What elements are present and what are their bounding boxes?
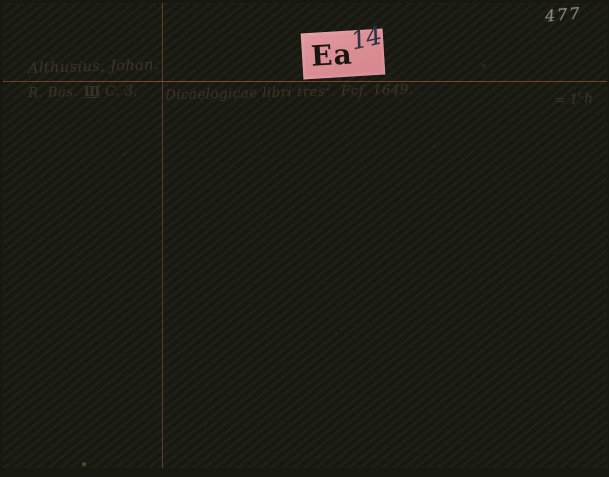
author-heading: Althusius, Johan.: [28, 57, 159, 77]
ruled-line-horizontal: [3, 81, 607, 82]
catalog-card-scan: 477 Ea 14 Althusius, Johan. R. Bas. III …: [3, 3, 607, 468]
price-equals: = 1: [554, 91, 579, 108]
title-entry: Dicaelogicae libri tres2. Fcf. 1649.: [165, 81, 414, 103]
shelfmark: R. Bas. III C. 3,: [28, 83, 138, 101]
shelfmark-roman-numeral: III: [83, 84, 101, 100]
pencil-page-number: 477: [544, 3, 582, 25]
shelfmark-prefix: R. Bas.: [28, 84, 78, 101]
title-imprint: . Fcf. 1649.: [331, 82, 413, 100]
price-annotation: = 1t.h: [554, 90, 594, 109]
title-text: Dicaelogicae libri tres: [165, 84, 326, 104]
label-handwritten-number: 14: [348, 21, 383, 56]
price-unit: h: [584, 90, 594, 106]
label-letter-code: Ea: [310, 37, 353, 72]
classification-label: Ea 14: [301, 29, 386, 80]
paper-speckles: [3, 3, 5, 5]
ruled-line-vertical: [162, 3, 163, 468]
shelfmark-suffix: C. 3,: [105, 83, 138, 100]
